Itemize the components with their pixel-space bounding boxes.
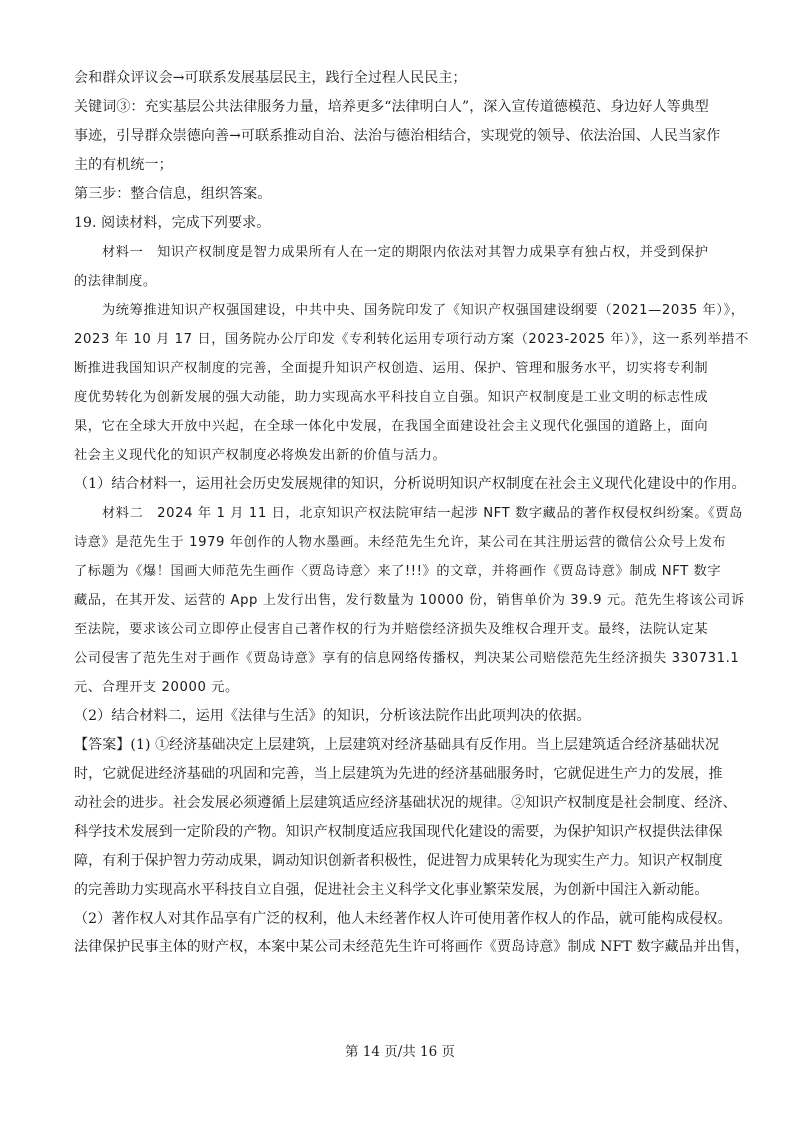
- material-line: 为统筹推进知识产权强国建设，中共中央、国务院印发了《知识产权强国建设纲要（202…: [74, 296, 724, 325]
- intro-line: 关键词③：充实基层公共法律服务力量，培养更多“法律明白人”，深入宣传道德模范、身…: [74, 93, 724, 122]
- answer-line: 科学技术发展到一定阶段的产物。知识产权制度适应我国现代化建设的需要，为保护知识产…: [74, 818, 724, 847]
- material-line: 材料二 2024 年 1 月 11 日，北京知识产权法院审结一起涉 NFT 数字…: [74, 499, 724, 528]
- intro-line: 第三步：整合信息，组织答案。: [74, 180, 724, 209]
- answer-line: 【答案】(1) ①经济基础决定上层建筑，上层建筑对经济基础具有反作用。当上层建筑…: [74, 731, 724, 760]
- material-one: 材料一 知识产权制度是智力成果所有人在一定的期限内依法对其智力成果享有独占权，并…: [74, 238, 724, 470]
- answer-part-1: 【答案】(1) ①经济基础决定上层建筑，上层建筑对经济基础具有反作用。当上层建筑…: [74, 731, 724, 905]
- question-title: 19. 阅读材料，完成下列要求。: [74, 209, 724, 238]
- sub-question-1: （1）结合材料一，运用社会历史发展规律的知识，分析说明知识产权制度在社会主义现代…: [74, 470, 724, 499]
- material-line: 果，它在全球大开放中兴起，在全球一体化中发展，在我国全面建设社会主义现代化强国的…: [74, 412, 724, 441]
- intro-line: 事迹，引导群众崇德向善→可联系推动自治、法治与德治相结合，实现党的领导、依法治国…: [74, 122, 724, 151]
- material-line: 的法律制度。: [74, 267, 724, 296]
- material-line: 藏品，在其开发、运营的 App 上发行出售，发行数量为 10000 份，销售单价…: [74, 586, 724, 615]
- answer-line: （2）著作权人对其作品享有广泛的权利，他人未经著作权人许可使用著作权人的作品，就…: [74, 905, 724, 934]
- sub-question-2: （2）结合材料二，运用《法律与生活》的知识，分析该法院作出此项判决的依据。: [74, 702, 724, 731]
- material-line: 社会主义现代化的知识产权制度必将焕发出新的价值与活力。: [74, 441, 724, 470]
- page-footer: 第 14 页/共 16 页: [0, 1040, 800, 1060]
- answer-line: 障，有利于保护智力劳动成果，调动知识创新者积极性，促进智力成果转化为现实生产力。…: [74, 847, 724, 876]
- material-line: 断推进我国知识产权制度的完善，全面提升知识产权创造、运用、保护、管理和服务水平，…: [74, 354, 724, 383]
- answer-line: 动社会的进步。社会发展必须遵循上层建筑适应经济基础状况的规律。②知识产权制度是社…: [74, 789, 724, 818]
- material-line: 2023 年 10 月 17 日，国务院办公厅印发《专利转化运用专项行动方案（2…: [74, 325, 724, 354]
- material-line: 诗意》是范先生于 1979 年创作的人物水墨画。未经范先生允许，某公司在其注册运…: [74, 528, 724, 557]
- material-line: 度优势转化为创新发展的强大动能，助力实现高水平科技自立自强。知识产权制度是工业文…: [74, 383, 724, 412]
- intro-line: 主的有机统一；: [74, 151, 724, 180]
- material-line: 公司侵害了范先生对于画作《贾岛诗意》享有的信息网络传播权，判决某公司赔偿范先生经…: [74, 644, 724, 673]
- material-line: 元、合理开支 20000 元。: [74, 673, 724, 702]
- material-line: 至法院，要求该公司立即停止侵害自己著作权的行为并赔偿经济损失及维权合理开支。最终…: [74, 615, 724, 644]
- answer-line: 的完善助力实现高水平科技自立自强，促进社会主义科学文化事业繁荣发展，为创新中国注…: [74, 876, 724, 905]
- answer-line: 法律保护民事主体的财产权，本案中某公司未经范先生许可将画作《贾岛诗意》制成 NF…: [74, 934, 724, 960]
- answer-line: 时，它就促进经济基础的巩固和完善，当上层建筑为先进的经济基础服务时，它就促进生产…: [74, 760, 724, 789]
- answer-part-2: （2）著作权人对其作品享有广泛的权利，他人未经著作权人许可使用著作权人的作品，就…: [74, 905, 724, 960]
- material-line: 了标题为《爆！国画大师范先生画作〈贾岛诗意〉来了!!!》的文章，并将画作《贾岛诗…: [74, 557, 724, 586]
- intro-line: 会和群众评议会→可联系发展基层民主，践行全过程人民民主；: [74, 64, 724, 93]
- material-line: 材料一 知识产权制度是智力成果所有人在一定的期限内依法对其智力成果享有独占权，并…: [74, 238, 724, 267]
- document-page: 会和群众评议会→可联系发展基层民主，践行全过程人民民主； 关键词③：充实基层公共…: [74, 64, 724, 960]
- material-two: 材料二 2024 年 1 月 11 日，北京知识产权法院审结一起涉 NFT 数字…: [74, 499, 724, 702]
